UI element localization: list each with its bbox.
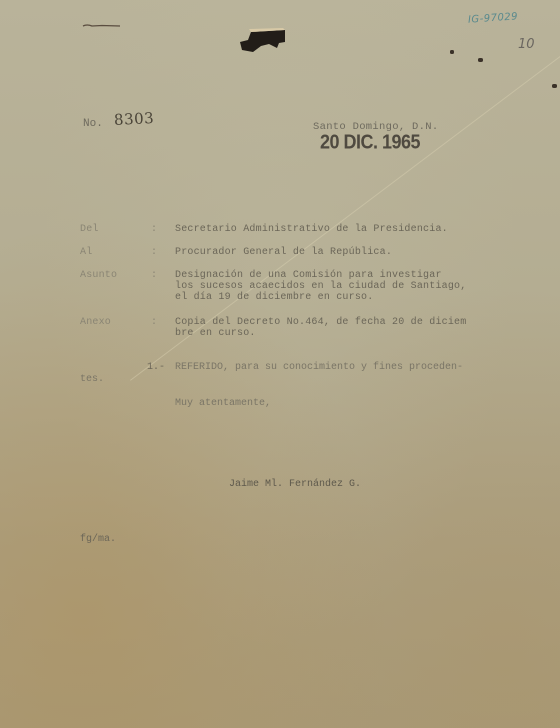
ink-spot <box>478 58 483 62</box>
handwritten-reference-number: IG-97029 <box>468 11 519 25</box>
paragraph-text: REFERIDO, para su conocimiento y fines p… <box>175 362 463 373</box>
document-number-label: No. <box>83 118 103 130</box>
handwritten-page-number: 10 <box>518 37 535 52</box>
ink-scribble-mark <box>82 23 122 28</box>
field-value: Designación de una Comisión para investi… <box>175 270 515 303</box>
typist-initials: fg/ma. <box>80 534 116 545</box>
ink-spot <box>552 84 557 88</box>
field-colon: : <box>151 270 157 281</box>
field-value: Procurador General de la República. <box>175 247 515 258</box>
scanned-document-page: IG-97029 10 No. 8303 Santo Domingo, D.N.… <box>0 0 560 728</box>
field-label: Anexo <box>80 317 111 328</box>
field-label: Del <box>80 224 99 235</box>
torn-paper-hole <box>239 28 287 54</box>
field-colon: : <box>151 247 157 258</box>
ink-spot <box>450 50 454 54</box>
field-colon: : <box>151 224 157 235</box>
field-value: Copia del Decreto No.464, de fecha 20 de… <box>175 317 515 339</box>
field-value: Secretario Administrativo de la Presiden… <box>175 224 515 235</box>
document-number-value: 8303 <box>114 109 155 129</box>
closing-salutation: Muy atentamente, <box>175 398 271 409</box>
paragraph-number: 1.- <box>147 362 165 373</box>
date-stamp: 20 DIC. 1965 <box>320 130 420 154</box>
field-colon: : <box>151 317 157 328</box>
field-label: Al <box>80 247 92 258</box>
paragraph-continuation: tes. <box>80 374 104 385</box>
signature-name: Jaime Ml. Fernández G. <box>229 479 361 490</box>
field-label: Asunto <box>80 270 117 281</box>
